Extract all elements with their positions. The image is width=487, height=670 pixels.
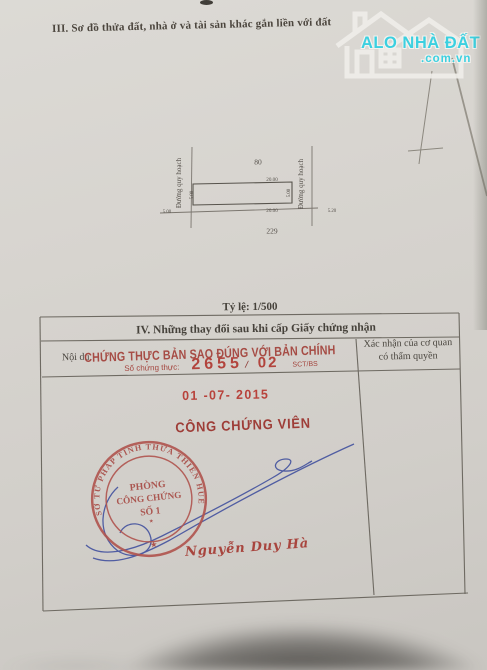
page-edge-shading: [473, 0, 487, 330]
watermark-logo: ALO NHÀ ĐẤT .com.vn: [333, 4, 487, 82]
road-label-left: Đường quy hoạch: [175, 158, 183, 208]
plot-diagram: [160, 146, 318, 228]
width-bottom-label: 20.00: [266, 208, 277, 213]
table-column-divider: [356, 339, 374, 595]
photo-speck: [200, 0, 213, 5]
diagram-baseline: [160, 208, 318, 213]
seal-line1: PHÒNG: [129, 478, 166, 494]
document-photo: III. Sơ đồ thửa đất, nhà ở và tài sản kh…: [0, 0, 487, 670]
date-stamp: 01 -07- 2015: [182, 386, 269, 403]
road-label-right: Đường quy hoạch: [297, 159, 305, 209]
lot-number: 80: [254, 158, 262, 167]
certification-number-label: Số chứng thực:: [124, 363, 179, 373]
seal-ring-text: SỞ TƯ PHÁP TỈNH THỪA THIÊN HUẾ: [86, 437, 208, 517]
brand-text: ALO NHÀ ĐẤT: [361, 34, 480, 53]
depth-right-label: 5.00: [287, 189, 292, 197]
scale-label: Tỷ lệ: 1/500: [222, 301, 277, 314]
certification-number-main: 2655: [191, 355, 243, 374]
table-top-border: [40, 313, 459, 317]
bottom-shadow: [0, 575, 487, 670]
adjacent-lot-number: 229: [266, 227, 277, 236]
certification-number-handmark: /: [244, 360, 249, 371]
width-top-label: 20.00: [266, 177, 277, 182]
seal-bottom-star-icon: ★: [150, 540, 158, 550]
depth-left-label: 5.00: [190, 191, 195, 199]
seal-ring-text-node: SỞ TƯ PHÁP TỈNH THỪA THIÊN HUẾ: [86, 437, 208, 517]
offset-left-label: 5.00: [163, 210, 171, 215]
table-left-border: [40, 317, 43, 611]
brand-domain-text: .com.vn: [421, 53, 471, 65]
seal-line3: SỐ 1: [139, 503, 161, 518]
table-right-border: [459, 313, 465, 594]
table-right-header: Xác nhận của cơ quan có thẩm quyền: [359, 336, 458, 364]
offset-right-label: 5.20: [328, 209, 336, 214]
certification-number-suffix: SCT/BS: [292, 361, 317, 369]
diagram-road-left-line: [191, 147, 192, 228]
certification-number-secondary: 02: [258, 354, 279, 372]
diagram-plot-rect: [193, 182, 292, 205]
seal-small-star-icon: ★: [149, 518, 155, 524]
pencil-cross: [408, 71, 443, 164]
